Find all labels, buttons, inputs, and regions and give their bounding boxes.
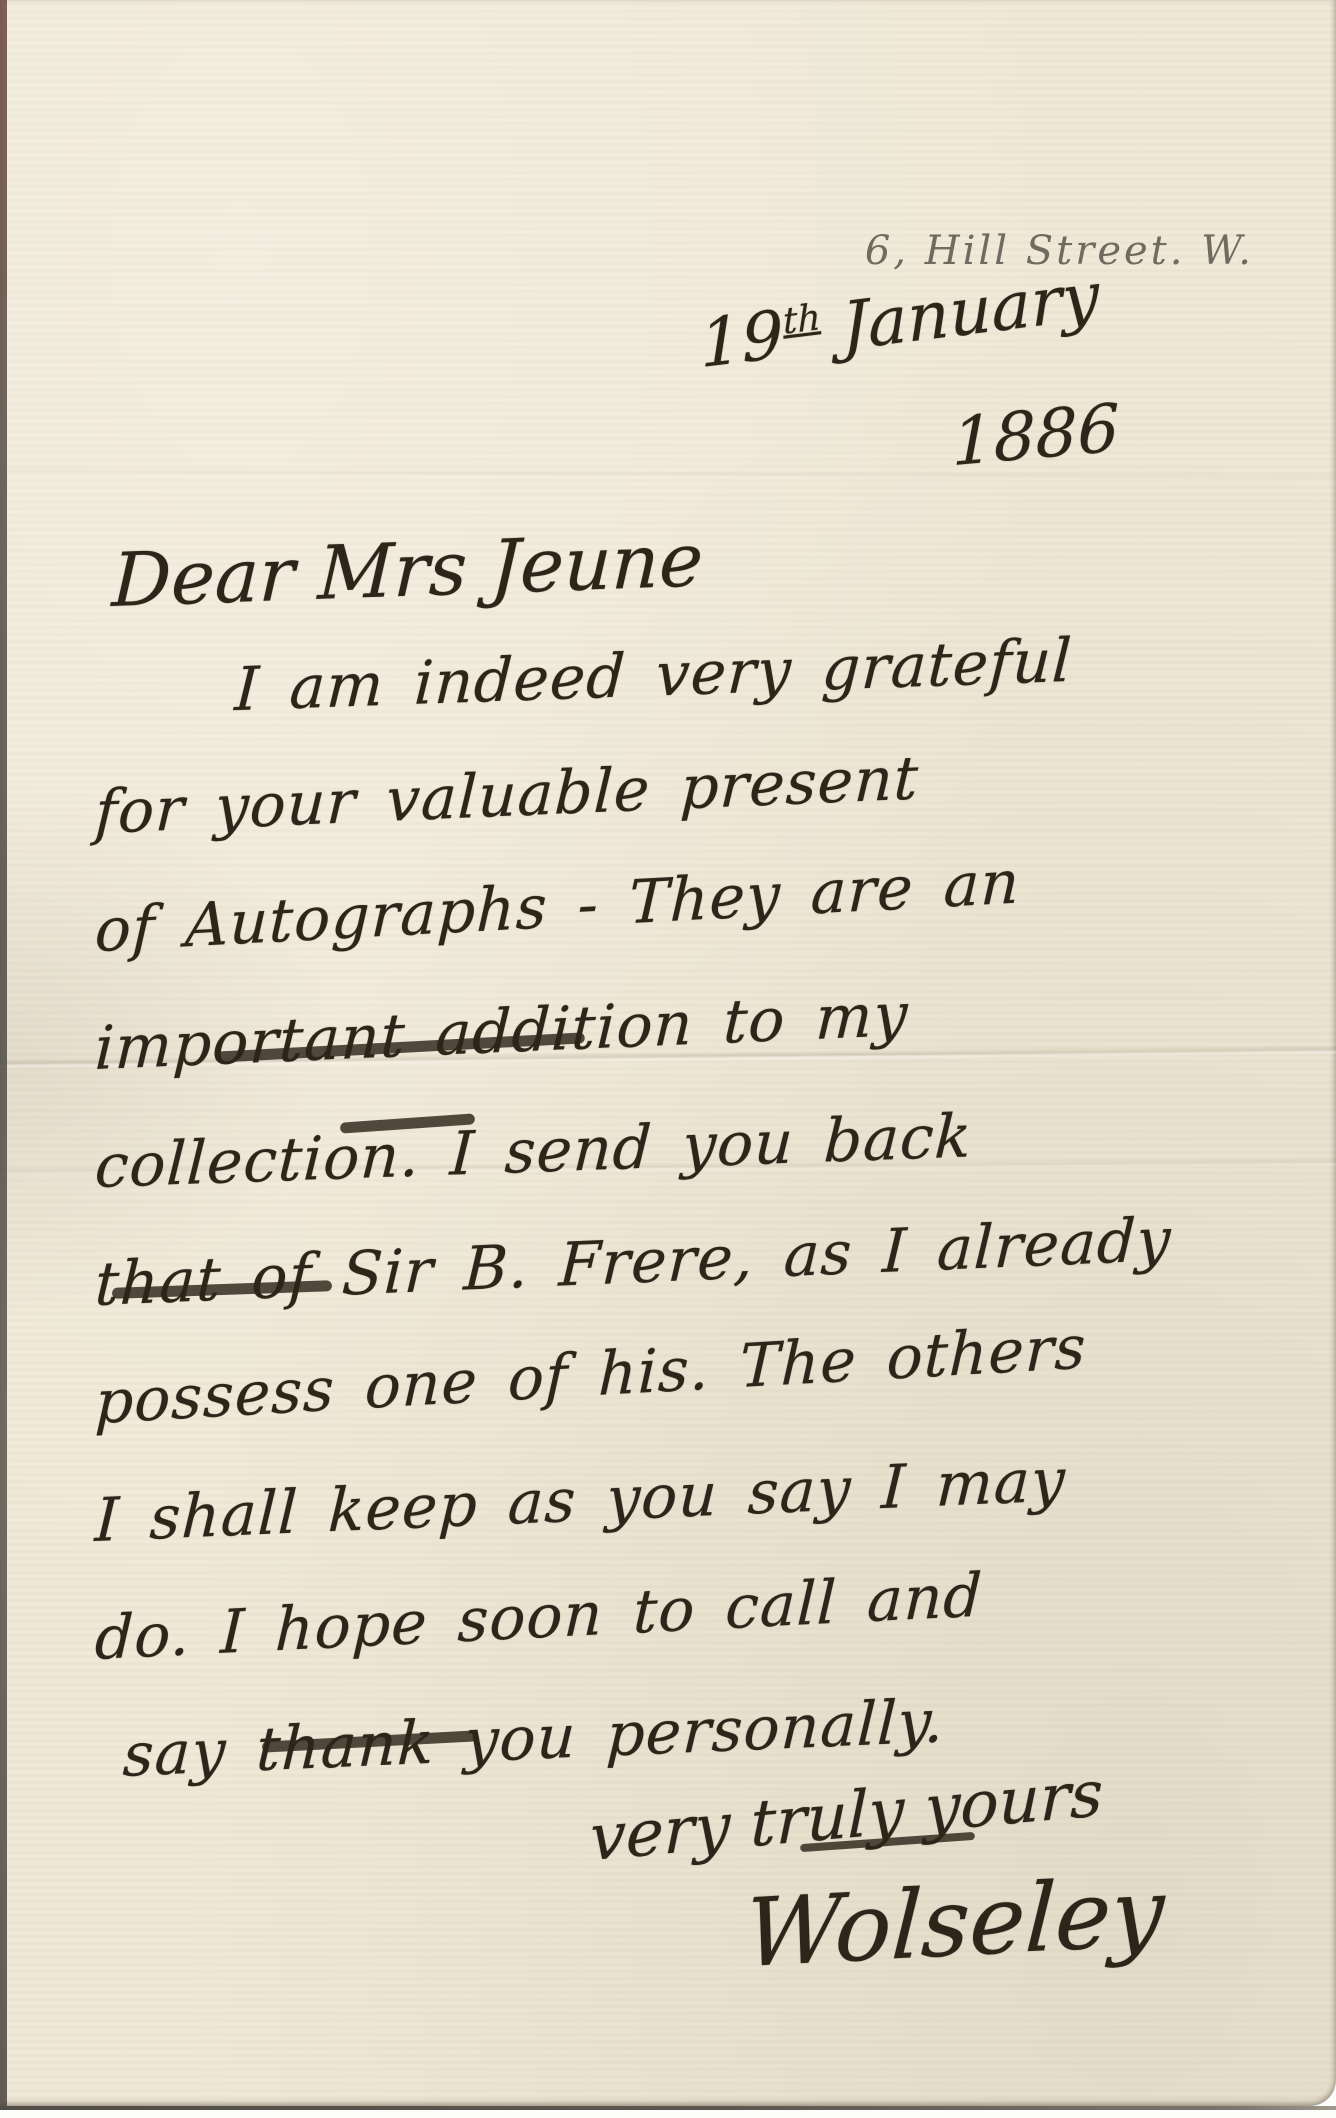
letter-paper: 6, Hill Street. W. 19th January 1886 Dea… xyxy=(0,0,1336,2106)
fold-crease xyxy=(0,467,1336,484)
scanned-letter: 6, Hill Street. W. 19th January 1886 Dea… xyxy=(0,0,1336,2118)
date-day: 19 xyxy=(699,296,785,383)
date-year: 1886 xyxy=(952,389,1119,481)
salutation: Dear Mrs Jeune xyxy=(110,517,704,624)
letter-body: I am indeed very grateful for your valua… xyxy=(95,636,1321,1816)
date-ordinal-suffix: th xyxy=(782,295,821,343)
scanner-edge-left xyxy=(0,0,7,2106)
signature: Wolseley xyxy=(742,1858,1167,1989)
paper-bottom-edge xyxy=(0,2106,1336,2110)
date-line: 19th January xyxy=(699,257,1101,383)
